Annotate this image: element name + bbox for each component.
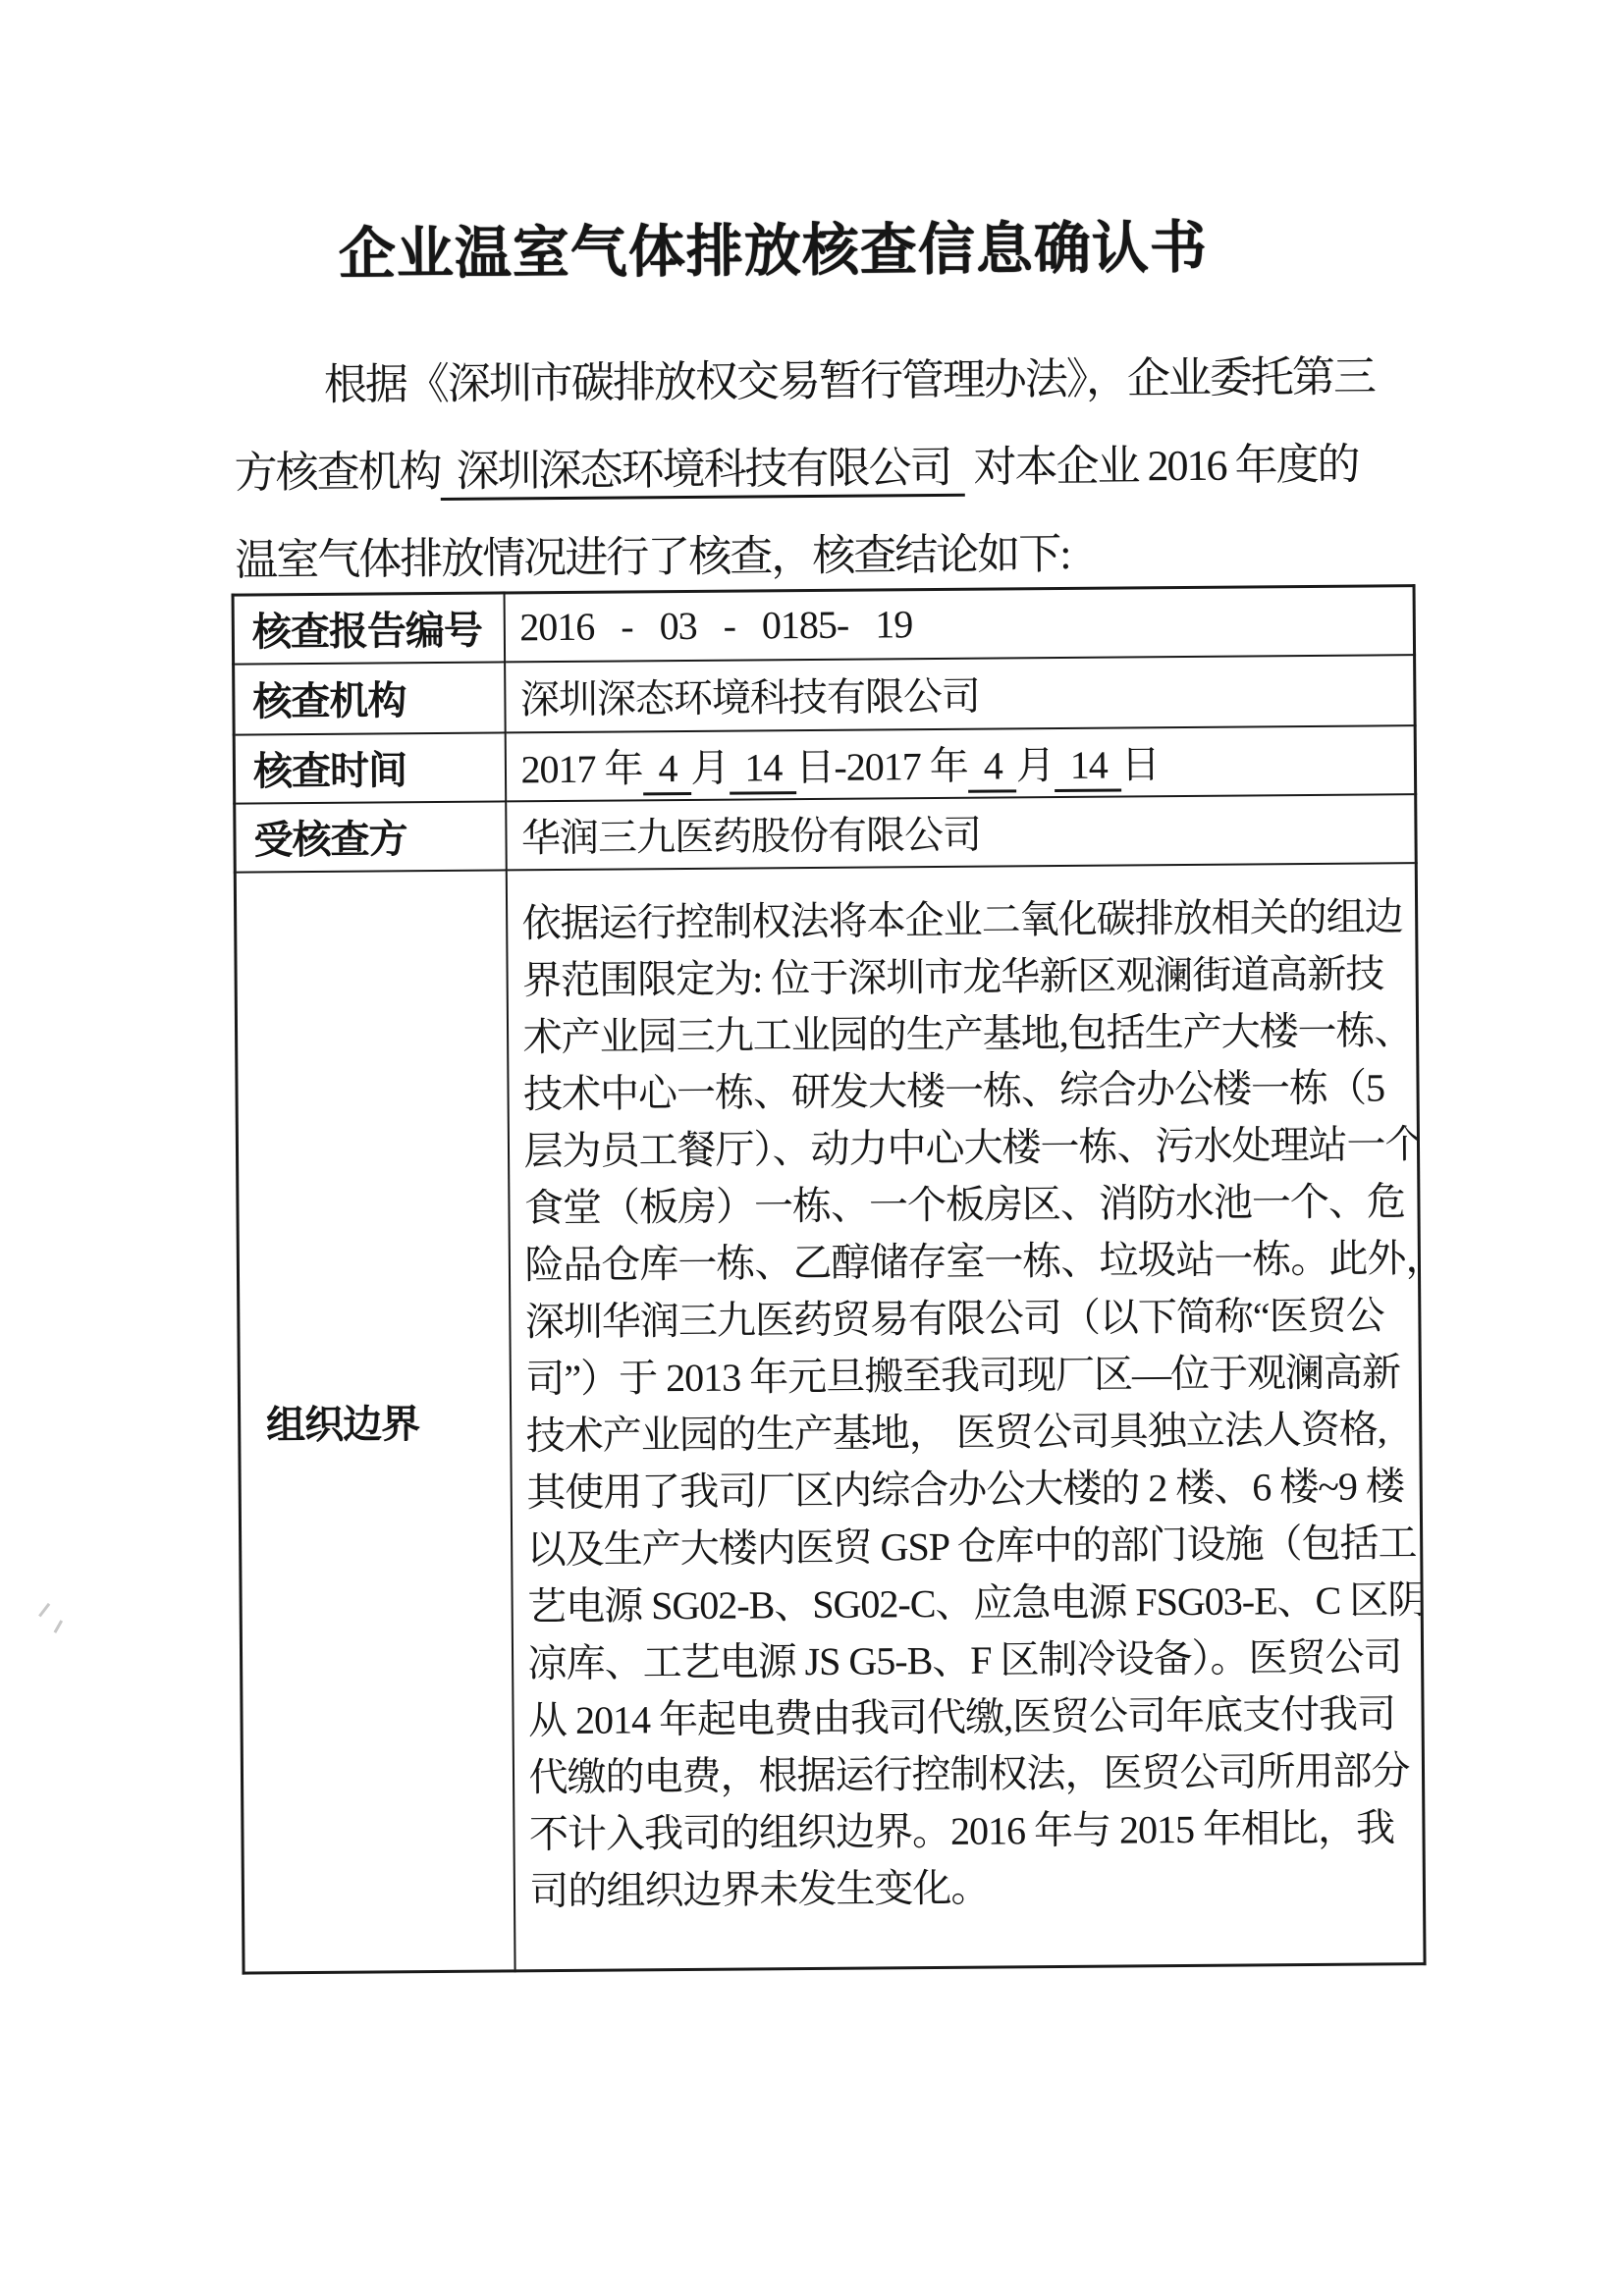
verification-table: 核查报告编号 2016 - 03 - 0185- 19 核查机构 深圳深态环境科… xyxy=(232,584,1427,1974)
table-row-agency: 核查机构 深圳深态环境科技有限公司 xyxy=(234,655,1416,734)
table-row-verified-party: 受核查方 华润三九医药股份有限公司 xyxy=(235,794,1417,872)
intro-paragraph: 根据《深圳市碳排放权交易暂行管理办法》，企业委托第三 方核查机构深圳深态环境科技… xyxy=(234,333,1375,604)
org-boundary-text: 依据运行控制权法将本企业二氧化碳排放相关的组边界范围限定为: 位于深圳市龙华新区… xyxy=(506,863,1425,1971)
time-value: 2017 年4月14日-2017 年4月14日 xyxy=(505,725,1416,801)
table-row-time: 核查时间 2017 年4月14日-2017 年4月14日 xyxy=(234,725,1416,803)
report-no-label: 核查报告编号 xyxy=(233,593,505,664)
document-sheet: 企业温室气体排放核查信息确认书 根据《深圳市碳排放权交易暂行管理办法》，企业委托… xyxy=(0,0,1624,2296)
intro-line-1: 根据《深圳市碳排放权交易暂行管理办法》，企业委托第三 xyxy=(234,333,1374,429)
document-title: 企业温室气体排放核查信息确认书 xyxy=(338,201,1208,291)
intro-line-2: 方核查机构深圳深态环境科技有限公司 对本企业 2016 年度的 xyxy=(234,420,1374,516)
table-row-report-no: 核查报告编号 2016 - 03 - 0185- 19 xyxy=(233,586,1415,664)
scanned-document-page: 企业温室气体排放核查信息确认书 根据《深圳市碳排放权交易暂行管理办法》，企业委托… xyxy=(0,0,1624,2296)
verified-party-label: 受核查方 xyxy=(235,801,507,872)
table-row-org-boundary: 组织边界 依据运行控制权法将本企业二氧化碳排放相关的组边界范围限定为: 位于深圳… xyxy=(235,863,1425,1973)
agency-label: 核查机构 xyxy=(234,662,506,734)
pencil-artifact xyxy=(37,1598,77,1641)
org-boundary-label: 组织边界 xyxy=(235,870,514,1973)
verified-party-value: 华润三九医药股份有限公司 xyxy=(506,794,1417,870)
report-no-value: 2016 - 03 - 0185- 19 xyxy=(504,586,1415,662)
agency-value: 深圳深态环境科技有限公司 xyxy=(505,655,1416,732)
time-label: 核查时间 xyxy=(234,732,506,803)
